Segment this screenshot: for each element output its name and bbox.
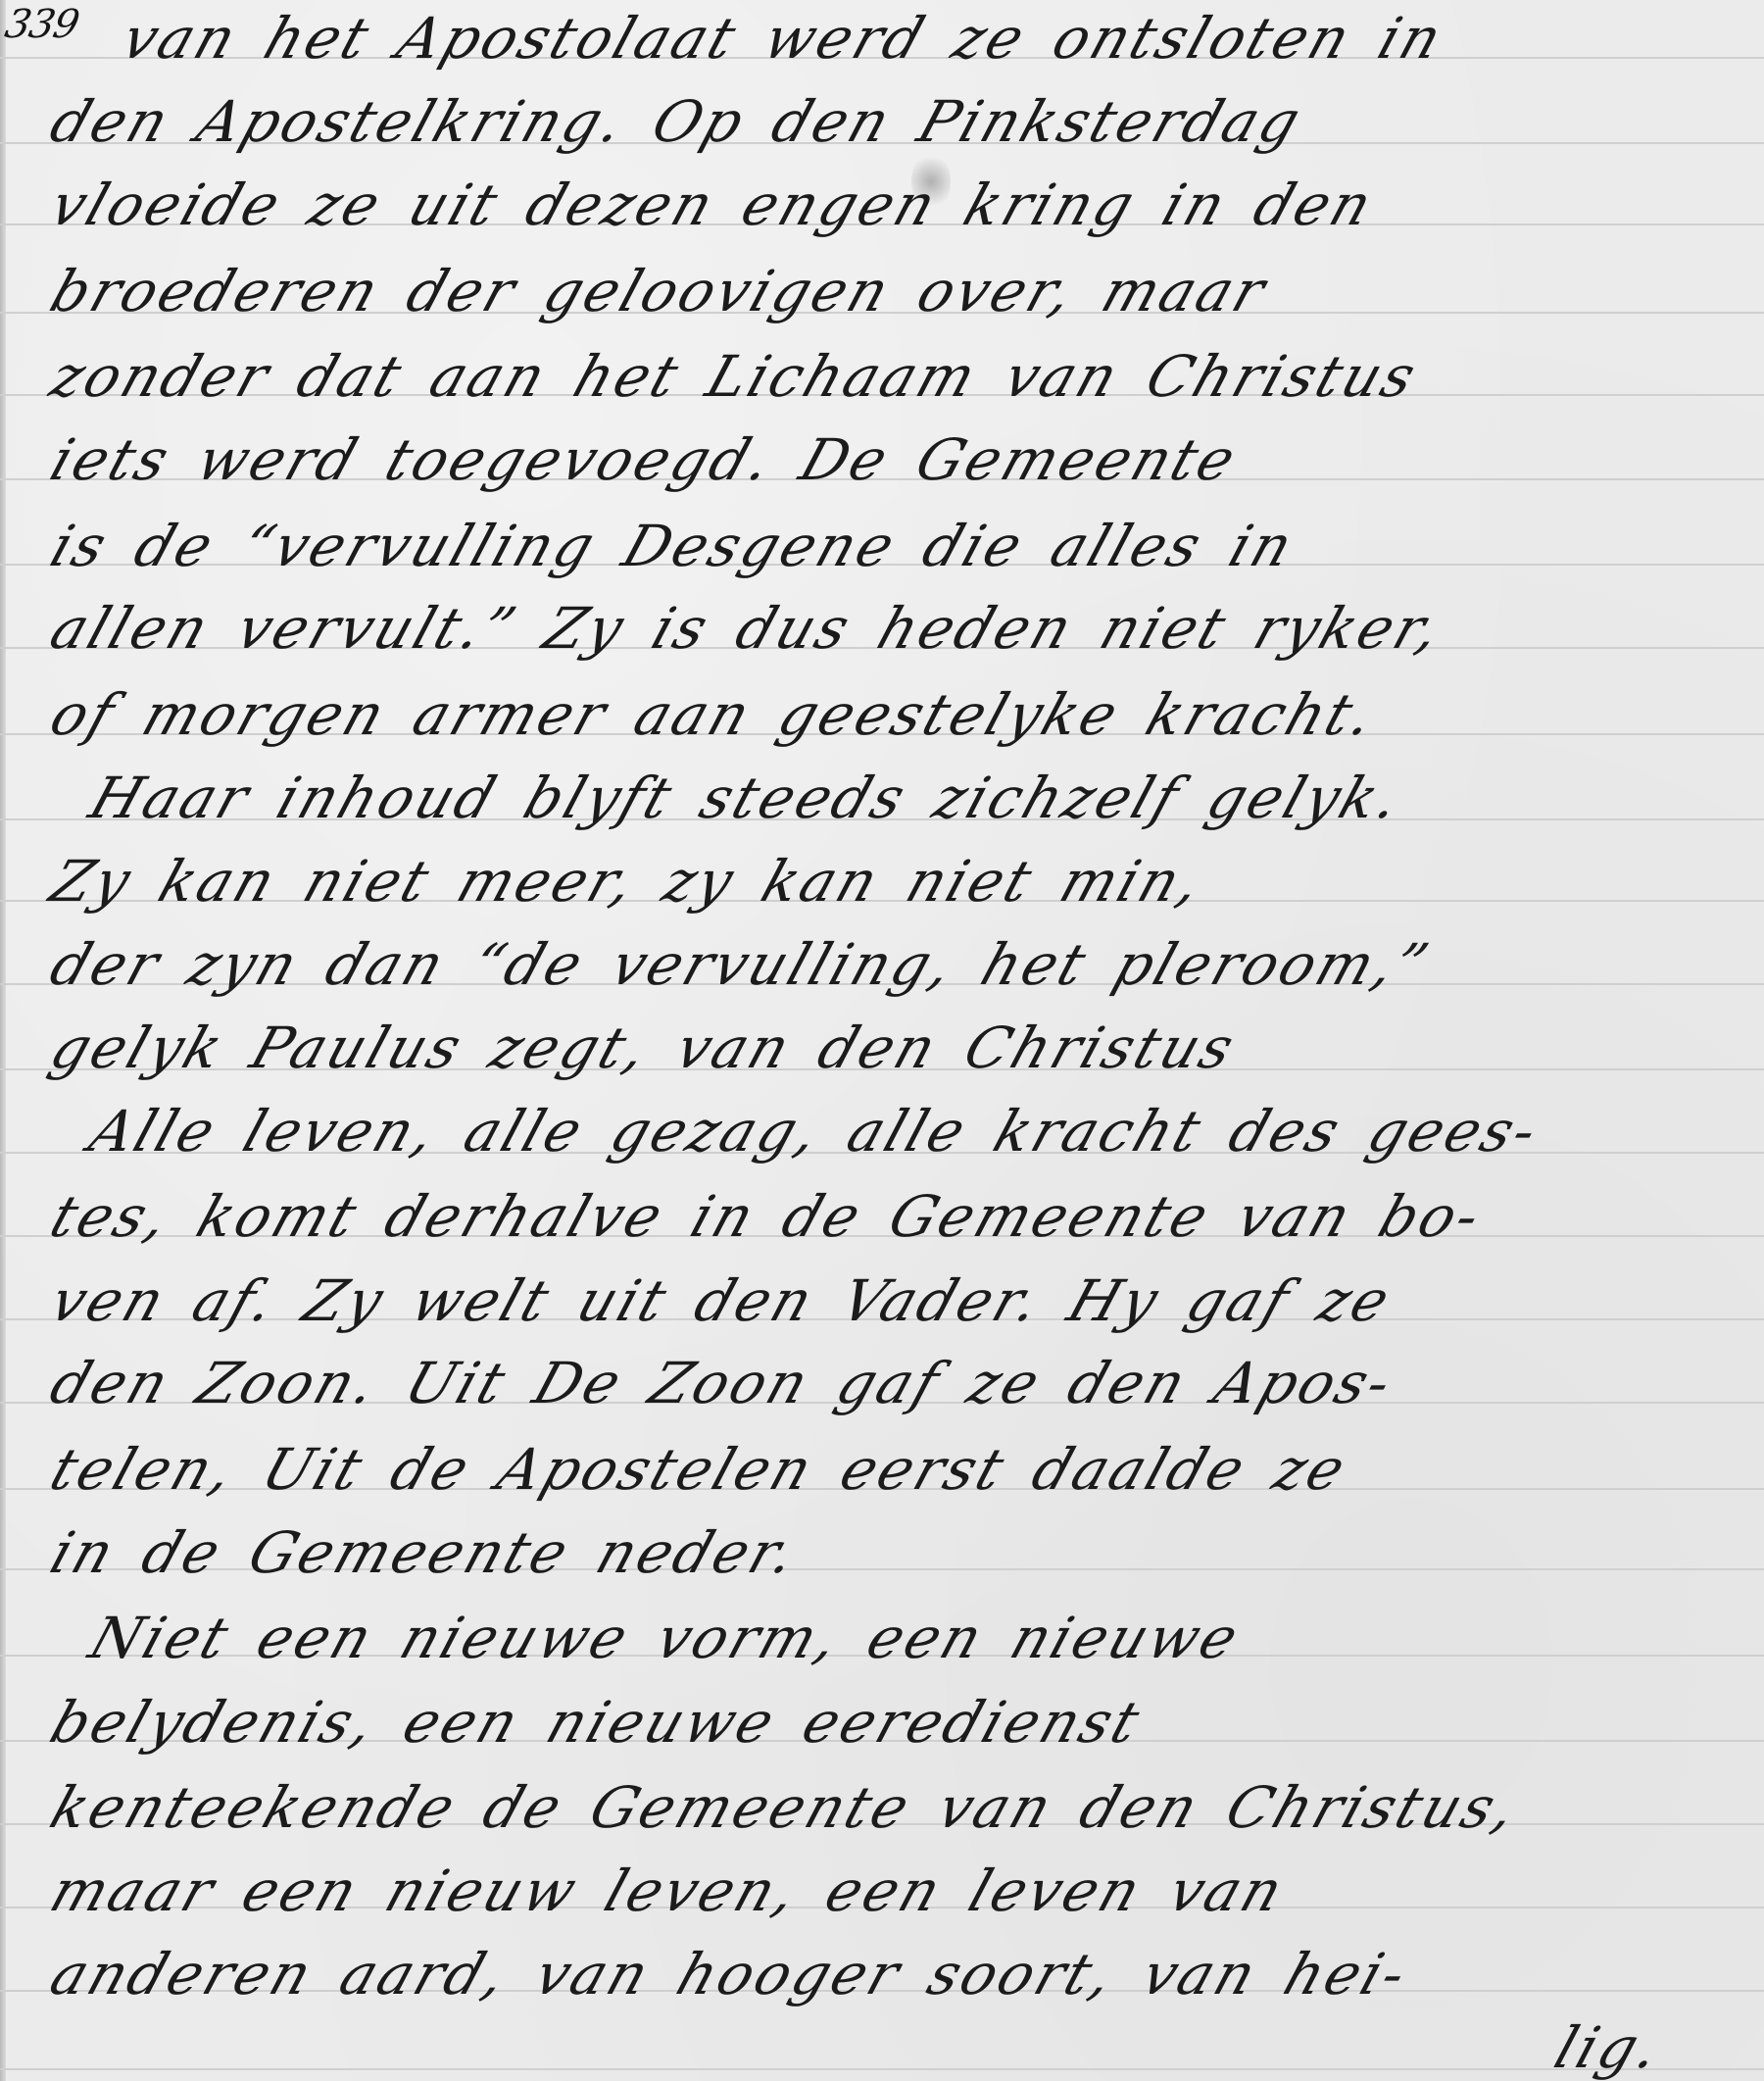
manuscript-line: vloeide ze uit dezen engen kring in den bbox=[44, 176, 1381, 233]
manuscript-line: allen vervult.” Zy is dus heden niet ryk… bbox=[44, 600, 1450, 657]
manuscript-line: Niet een nieuwe vorm, een nieuwe bbox=[83, 1610, 1248, 1666]
manuscript-line: van het Apostolaat werd ze ontsloten in bbox=[116, 10, 1451, 67]
manuscript-line: zonder dat aan het Lichaam van Christus bbox=[44, 348, 1425, 405]
manuscript-line: of morgen armer aan geestelyke kracht. bbox=[44, 686, 1384, 743]
manuscript-line: ven af. Zy welt uit den Vader. Hy gaf ze bbox=[44, 1272, 1398, 1329]
handwritten-text-block: van het Apostolaat werd ze ontsloten ind… bbox=[0, 0, 1764, 2081]
manuscript-line: lig. bbox=[1548, 2019, 1670, 2076]
manuscript-line: Haar inhoud blyft steeds zichzelf gelyk. bbox=[83, 769, 1409, 826]
manuscript-line: den Zoon. Uit De Zoon gaf ze den Apos- bbox=[44, 1355, 1400, 1412]
manuscript-line: maar een nieuw leven, een leven van bbox=[44, 1862, 1292, 1919]
manuscript-line: den Apostelkring. Op den Pinksterdag bbox=[44, 93, 1309, 150]
manuscript-line: belydenis, een nieuwe eeredienst bbox=[44, 1694, 1149, 1751]
manuscript-line: Zy kan niet meer, zy kan niet min, bbox=[44, 853, 1210, 910]
manuscript-line: is de “vervulling Desgene die alles in bbox=[44, 518, 1301, 574]
manuscript-line: iets werd toegevoegd. De Gemeente bbox=[44, 431, 1245, 488]
manuscript-line: kenteekende de Gemeente van den Christus… bbox=[44, 1779, 1526, 1836]
manuscript-line: Alle leven, alle gezag, alle kracht des … bbox=[83, 1103, 1546, 1160]
manuscript-line: broederen der geloovigen over, maar bbox=[44, 263, 1274, 320]
manuscript-line: telen, Uit de Apostelen eerst daalde ze bbox=[44, 1441, 1354, 1498]
manuscript-line: tes, komt derhalve in de Gemeente van bo… bbox=[44, 1188, 1490, 1245]
manuscript-line: der zyn dan “de vervulling, het pleroom,… bbox=[44, 936, 1438, 993]
manuscript-line: anderen aard, van hooger soort, van hei- bbox=[44, 1946, 1415, 2003]
manuscript-line: in de Gemeente neder. bbox=[44, 1524, 806, 1581]
manuscript-line: gelyk Paulus zegt, van den Christus bbox=[44, 1019, 1243, 1076]
manuscript-page: 339 van het Apostolaat werd ze ontsloten… bbox=[0, 0, 1764, 2081]
